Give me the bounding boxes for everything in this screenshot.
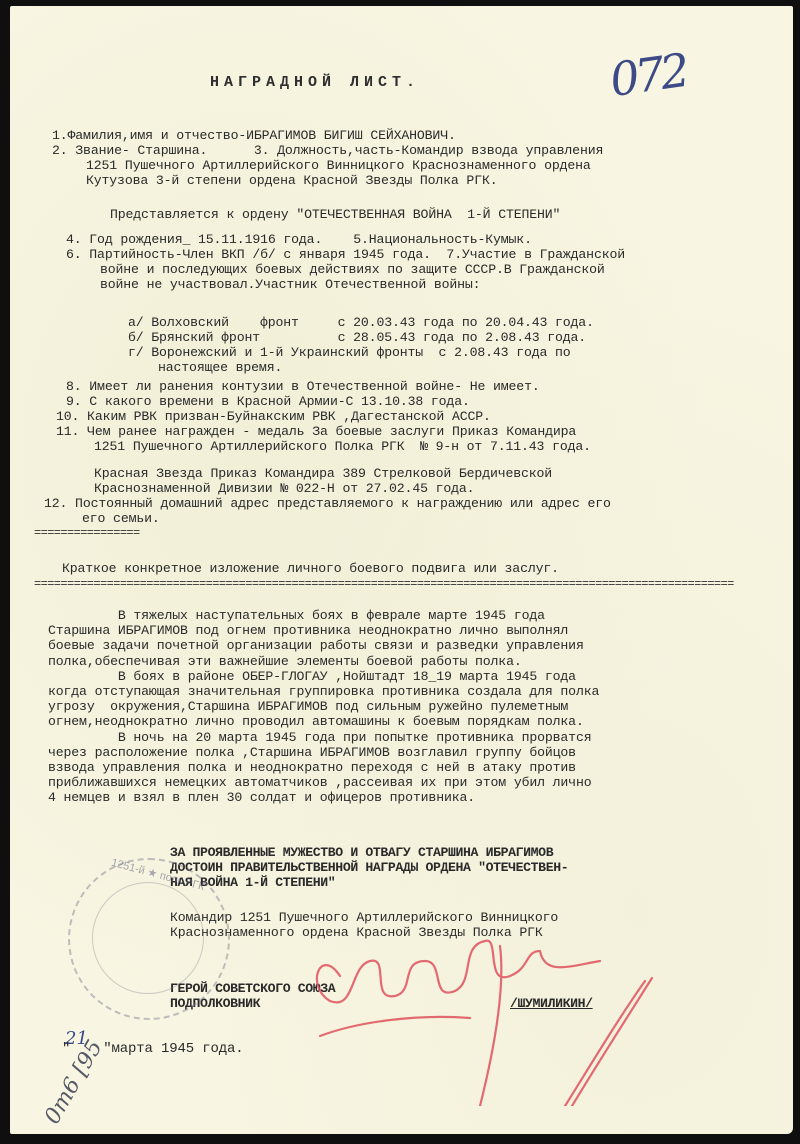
award-sheet: НАГРАДНОЙ ЛИСТ. 072 1.Фамилия,имя и отче…: [10, 6, 793, 1134]
narrative-line: через расположение полка ,Старшина ИБРАГ…: [48, 745, 576, 760]
front-c-cont: настоящее время.: [158, 360, 282, 375]
item-8-wounds: 8. Имеет ли ранения контузии в Отечестве…: [66, 379, 540, 394]
narrative-line: взвода управления полка и неоднократно п…: [48, 760, 576, 775]
narrative-line: приближавшихся немецких автоматчиков ,ра…: [48, 775, 591, 790]
narrative-line: Старшина ИБРАГИМОВ под огнем противника …: [48, 623, 568, 638]
narrative-line: боевые задачи почетной организации работ…: [48, 638, 584, 653]
item-6-cont2: войне не участвовал.Участник Отечественн…: [100, 277, 480, 292]
narrative-line: огнем,неоднократно лично проводил автома…: [48, 714, 584, 729]
item-2-rank: 2. Звание- Старшина. 3. Должность,часть-…: [52, 143, 603, 158]
section-heading: Краткое конкретное изложение личного бое…: [62, 561, 559, 576]
item-2-unit: 1251 Пушечного Артиллерийского Винницког…: [86, 158, 591, 173]
item-10-conscription: 10. Каким РВК призван-Буйнакским РВК ,Да…: [56, 409, 491, 424]
item-4-birth: 4. Год рождения_ 15.11.1916 года. 5.Наци…: [66, 232, 532, 247]
archive-number: 072: [607, 43, 690, 107]
document-title: НАГРАДНОЙ ЛИСТ.: [210, 74, 420, 91]
narrative-line: В ночь на 20 марта 1945 года при попытке…: [48, 730, 591, 745]
narrative-line: В тяжелых наступательных боях в феврале …: [48, 608, 545, 623]
narrative-line: 4 немцев и взял в плен 30 солдат и офице…: [48, 790, 475, 805]
front-c: г/ Воронежский и 1-й Украинский фронты с…: [128, 345, 571, 360]
conclusion-line: ДОСТОИН ПРАВИТЕЛЬСТВЕННОЙ НАГРАДЫ ОРДЕНА…: [170, 860, 568, 875]
item-6-party: 6. Партийность-Член ВКП /б/ с января 194…: [66, 247, 625, 262]
item-1-name: 1.Фамилия,имя и отчество-ИБРАГИМОВ БИГИШ…: [52, 128, 456, 143]
stamp-emblem: [92, 882, 204, 994]
item-11-cont3: Краснознаменной Дивизии № 022-Н от 27.02…: [94, 481, 474, 496]
regiment-stamp: 1251-й ★ полк РГК: [68, 858, 230, 1020]
item-6-cont: войне и последующих боевых действиях по …: [100, 262, 605, 277]
front-b: б/ Брянский фронт с 28.05.43 года по 2.0…: [128, 330, 586, 345]
item-12-cont: его семьи.: [82, 511, 160, 526]
conclusion-line: ЗА ПРОЯВЛЕННЫЕ МУЖЕСТВО И ОТВАГУ СТАРШИН…: [170, 845, 553, 860]
item-12-address: 12. Постоянный домашний адрес представля…: [44, 496, 611, 511]
long-divider: ========================================…: [34, 578, 789, 590]
item-9-service: 9. С какого времени в Красной Армии-С 13…: [66, 394, 470, 409]
presented-for: Представляется к ордену "ОТЕЧЕСТВЕННАЯ В…: [110, 207, 560, 222]
short-divider: ================: [34, 527, 162, 539]
narrative-line: когда отступающая значительная группиров…: [48, 684, 599, 699]
front-a: а/ Волховский фронт с 20.03.43 года по 2…: [128, 315, 594, 330]
item-11-previous-awards: 11. Чем ранее награжден - медаль За боев…: [56, 424, 576, 439]
narrative-line: полка,обеспечивая эти важнейшие элементы…: [48, 654, 522, 669]
item-11-cont: 1251 Пушечного Артиллерийского Полка РГК…: [94, 439, 591, 454]
item-11-cont2: Красная Звезда Приказ Командира 389 Стре…: [94, 466, 552, 481]
narrative-line: В боях в районе ОБЕР-ГЛОГАУ ,Нойштадт 18…: [48, 669, 576, 684]
narrative-line: угрозу окружения,Старшина ИБРАГИМОВ под …: [48, 699, 568, 714]
signature-icon: [300, 906, 660, 1106]
item-2-unit-cont: Кутузова 3-й степени ордена Красной Звез…: [86, 173, 497, 188]
